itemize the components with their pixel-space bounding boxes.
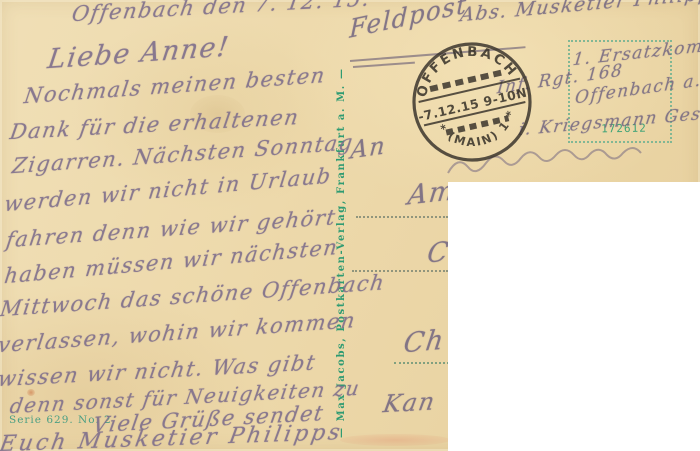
postcard-scan: — Max Jacobs, Postkarten-Verlag, Frankfu… (0, 0, 700, 451)
address-line (394, 362, 449, 364)
image-cutout-white-region (448, 182, 700, 451)
address-fragment: Kan (381, 387, 438, 418)
sender-abs-line: Abs. Musketier Philipps (459, 0, 700, 26)
handwritten-salutation: Liebe Anne! (46, 31, 232, 75)
postmark-stamp: OFFENBACH * (MAIN) 1 * -7.12.15 9-10N (394, 30, 554, 180)
address-an-label: An (349, 131, 387, 165)
address-line (356, 216, 448, 218)
handwritten-dateline: Offenbach den 7. 12. 15. (70, 0, 372, 26)
address-fragment: Ch (402, 324, 447, 359)
paper-stain (340, 434, 450, 446)
